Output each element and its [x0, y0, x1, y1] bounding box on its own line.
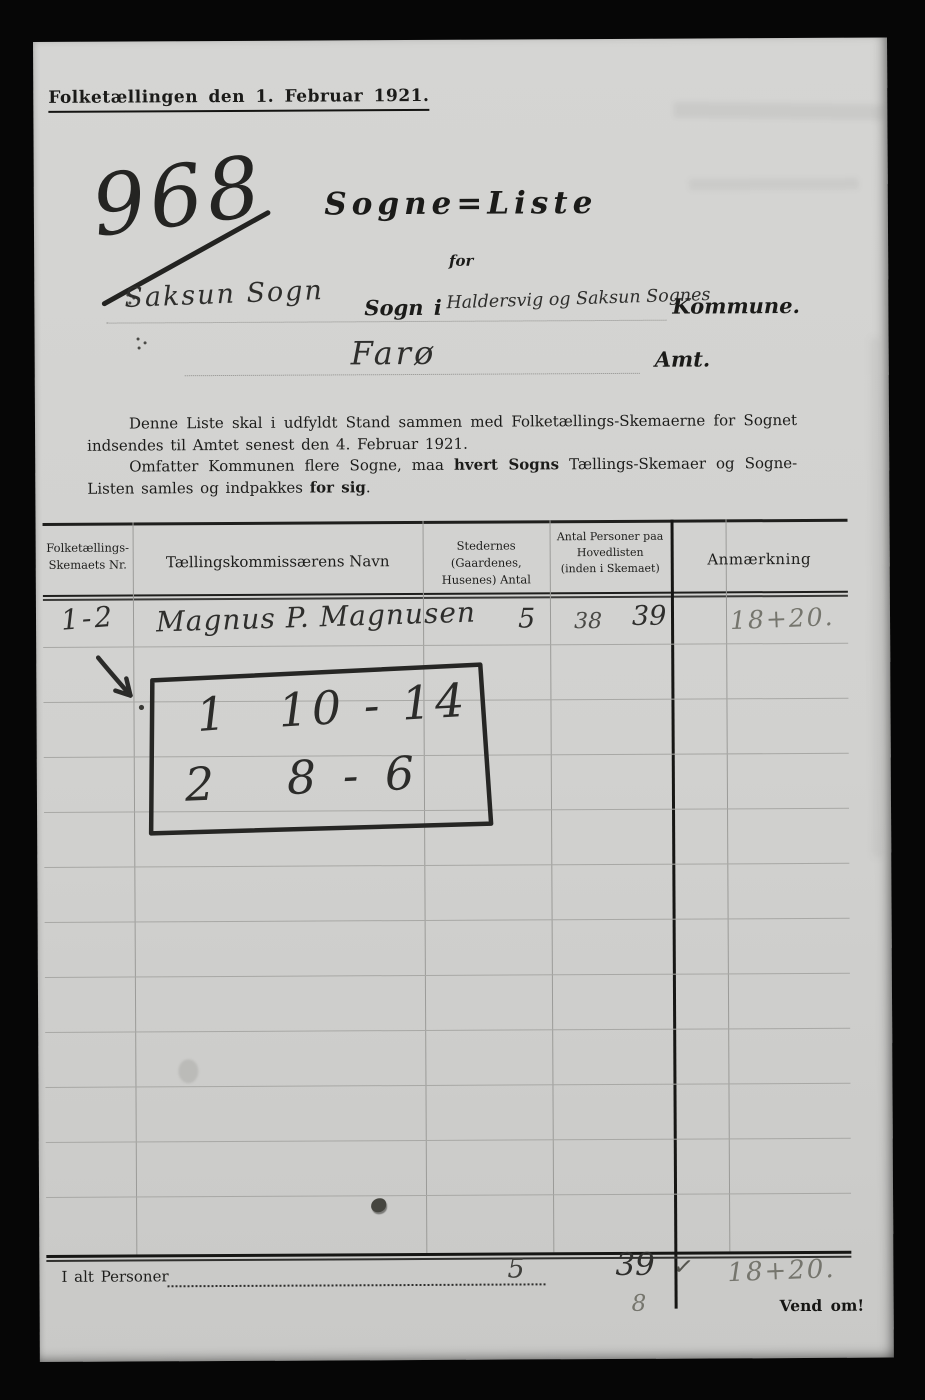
- form-title: Sogne=Liste: [34, 184, 888, 224]
- table-row-line: [46, 1193, 851, 1198]
- table-column-divider: [550, 520, 555, 1252]
- ink-smudge: [178, 1059, 198, 1083]
- row1-steder-antal: 5: [518, 603, 535, 634]
- scanned-census-form-page: Folketællingen den 1. Februar 1921. 968 …: [33, 38, 894, 1362]
- instruction-paragraph-2: Omfatter Kommunen flere Sogne, maa hvert…: [87, 453, 797, 500]
- header-line: Folketællings-: [46, 541, 129, 555]
- handwritten-parish-name: Saksun Sogn: [124, 275, 325, 314]
- ink-blot: [371, 1198, 386, 1212]
- box-row2-left: 2: [184, 757, 215, 812]
- table-row-line: [46, 1138, 851, 1143]
- box-row2-right: 8 - 6: [286, 746, 421, 805]
- totals-label: I alt Personer: [61, 1267, 168, 1286]
- table-row-line: [43, 643, 848, 648]
- instruction-bold-text: hvert Sogns: [454, 455, 559, 474]
- table-bold-divider: [671, 520, 678, 1309]
- instruction-bold-text: for sig: [310, 478, 366, 496]
- header-line: Husenes) Antal: [442, 572, 531, 586]
- row1-commissioner-name: Magnus P. Magnusen: [156, 596, 477, 639]
- header-line: (inden i Skemaet): [561, 562, 660, 576]
- page-edge-shading: [871, 338, 882, 858]
- box-row1-right: 10 - 14: [277, 673, 470, 738]
- row1-personer-final-entry: 39: [632, 601, 667, 632]
- column-header-skema-nr: Folketællings- Skemaets Nr.: [43, 539, 133, 573]
- instruction-paragraph-1: Denne Liste skal i udfyldt Stand sammen …: [87, 410, 797, 457]
- amt-label: Amt.: [655, 346, 711, 371]
- table-column-divider: [133, 522, 138, 1254]
- column-header-navn: Tællingskommissærens Navn: [133, 552, 423, 572]
- header-line: Stedernes (Gaardenes,: [451, 538, 522, 569]
- box-row1-left: 1: [195, 686, 228, 742]
- instruction-text: .: [366, 478, 371, 496]
- row1-personer-first-entry: 38: [574, 609, 602, 634]
- dotted-leader-line: [167, 1269, 545, 1287]
- fill-in-rule: [185, 373, 640, 376]
- table-row-line: [45, 1028, 850, 1033]
- totals-steder-antal: 5: [507, 1253, 524, 1284]
- row1-skema-nr: 1-2: [60, 600, 116, 637]
- header-line: Hovedlisten: [577, 546, 644, 559]
- totals-personer-note: 8: [632, 1291, 647, 1317]
- kommune-label: Kommune.: [672, 293, 800, 319]
- fill-in-rule: [106, 320, 666, 324]
- table-row-line: [45, 1083, 850, 1088]
- table-top-rule: [43, 519, 848, 526]
- table-row-line: [45, 973, 850, 978]
- header-line: Antal Personer paa: [557, 530, 664, 544]
- form-subtitle: for: [34, 250, 888, 272]
- column-header-steder-antal: Stedernes (Gaardenes, Husenes) Antal: [423, 537, 550, 589]
- ink-dots: [137, 337, 140, 340]
- census-date-heading: Folketællingen den 1. Februar 1921.: [48, 86, 429, 113]
- instructions-paragraphs: Denne Liste skal i udfyldt Stand sammen …: [87, 410, 797, 500]
- totals-personer: 39: [615, 1247, 655, 1283]
- row1-anmaerkning: 18+20.: [729, 602, 835, 635]
- checkmark-icon: ✓: [672, 1251, 696, 1281]
- handwritten-municipality-name: Haldersvig og Saksun Sognes: [446, 285, 711, 313]
- sogn-label: Sogn i: [364, 295, 442, 320]
- table-row-line: [45, 918, 850, 923]
- header-line: Skemaets Nr.: [49, 558, 127, 572]
- bleed-through-stain: [673, 102, 883, 121]
- handwritten-county-name: Farø: [351, 334, 437, 372]
- turn-over-note: Vend om!: [780, 1296, 865, 1315]
- table-column-divider: [423, 521, 428, 1253]
- column-header-anmaerkning: Anmærkning: [671, 550, 848, 569]
- totals-anmaerkning: 18+20.: [727, 1254, 836, 1288]
- instruction-text: Omfatter Kommunen flere Sogne, maa: [129, 456, 454, 476]
- column-header-antal-personer: Antal Personer paa Hovedlisten (inden i …: [550, 529, 671, 578]
